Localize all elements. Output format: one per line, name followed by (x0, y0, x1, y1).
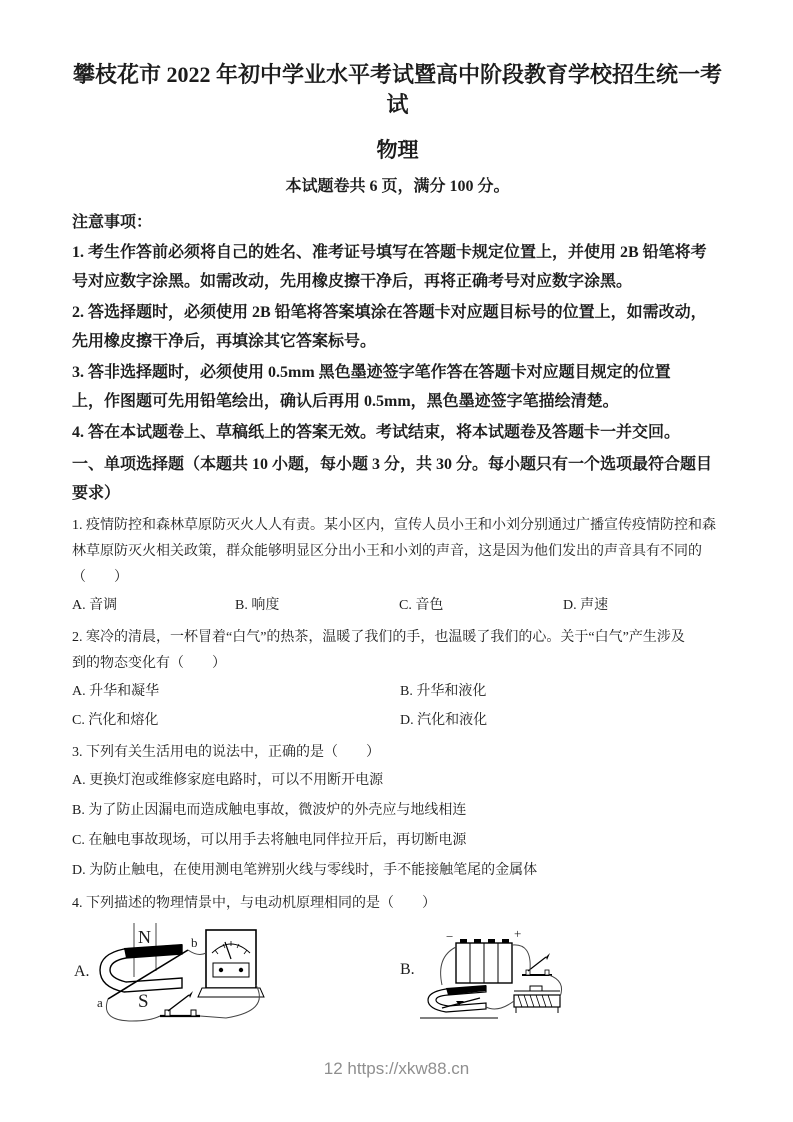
notice-line: 上，作图题可先用铅笔绘出，确认后再用 0.5mm，黑色墨迹签字笔描绘清楚。 (72, 387, 723, 416)
notice-item-3: 3. 答非选择题时，必须使用 0.5mm 黑色墨迹签字笔作答在答题卡对应题目规定… (72, 358, 723, 416)
battery-minus-label: − (446, 929, 453, 944)
question-text: 1. 疫情防控和森林草原防灭火人人有责。某小区内，宣传人员小王和小刘分别通过广播… (72, 513, 723, 539)
magnet-pole-n-label: N (138, 927, 151, 947)
notice-item-4: 4. 答在本试题卷上、草稿纸上的答案无效。考试结束，将本试题卷及答题卡一并交回。 (72, 418, 723, 447)
sliding-rheostat (514, 986, 560, 1013)
question-text: 3. 下列有关生活用电的说法中，正确的是（ ） (72, 740, 723, 766)
rod-end-b-label: b (191, 935, 198, 950)
question-1: 1. 疫情防控和森林草原防灭火人人有责。某小区内，宣传人员小王和小刘分别通过广播… (72, 513, 723, 620)
battery-plus-label: + (514, 929, 521, 941)
motor-experiment-figure: − + (418, 929, 588, 1031)
question-text: 到的物态变化有（ ） (72, 651, 723, 677)
knife-switch (522, 953, 552, 975)
page-content: 攀枝花市 2022 年初中学业水平考试暨高中阶段教育学校招生统一考试 物理 本试… (0, 0, 793, 1045)
notice-line: 2. 答选择题时，必须使用 2B 铅笔将答案填涂在答题卡对应题目标号的位置上，如… (72, 298, 723, 327)
option-c: C. 音色 (399, 591, 563, 620)
question-3: 3. 下列有关生活用电的说法中，正确的是（ ） A. 更换灯泡或维修家庭电路时，… (72, 740, 723, 886)
option-d: D. 汽化和液化 (400, 706, 723, 735)
question-4: 4. 下列描述的物理情景中，与电动机原理相同的是（ ） A. (72, 891, 723, 1045)
notice-line: 4. 答在本试题卷上、草稿纸上的答案无效。考试结束，将本试题卷及答题卡一并交回。 (72, 418, 723, 447)
option-b: B. 为了防止因漏电而造成触电事故，微波炉的外壳应与地线相连 (72, 796, 723, 826)
rod-end-a-label: a (97, 995, 103, 1010)
option-a: A. 音调 (72, 591, 235, 620)
knife-switch (160, 991, 200, 1016)
notice-line: 1. 考生作答前必须将自己的姓名、准考证号填写在答题卡规定位置上，并使用 2B … (72, 238, 723, 267)
question-2-options-row-1: A. 升华和凝华 B. 升华和液化 (72, 677, 723, 706)
question-text: 4. 下列描述的物理情景中，与电动机原理相同的是（ ） (72, 891, 723, 917)
horseshoe-magnet (420, 985, 498, 1018)
paper-info: 本试题卷共 6 页，满分 100 分。 (72, 175, 723, 199)
exam-paper-page: 攀枝花市 2022 年初中学业水平考试暨高中阶段教育学校招生统一考试 物理 本试… (0, 0, 793, 1122)
figure-b-label: B. (400, 961, 415, 979)
question-2-options-row-2: C. 汽化和熔化 D. 汽化和液化 (72, 706, 723, 735)
section-line: 要求） (72, 479, 723, 508)
question-text: 林草原防灭火相关政策，群众能够明显区分出小王和小刘的声音，这是因为他们发出的声音… (72, 539, 723, 565)
notice-line: 先用橡皮擦干净后，再填涂其它答案标号。 (72, 327, 723, 356)
page-footer-link[interactable]: 12 https://xkw88.cn (0, 1059, 793, 1079)
induction-experiment-figure: N S a b (94, 923, 342, 1033)
horseshoe-magnet (100, 944, 182, 992)
question-text: 2. 寒冷的清晨，一杯冒着“白气”的热茶，温暖了我们的手，也温暖了我们的心。关于… (72, 625, 723, 651)
notice-line: 3. 答非选择题时，必须使用 0.5mm 黑色墨迹签字笔作答在答题卡对应题目规定… (72, 358, 723, 387)
option-d: D. 为防止触电，在使用测电笔辨别火线与零线时，手不能接触笔尾的金属体 (72, 856, 723, 886)
answer-bracket: （ ） (72, 565, 723, 591)
exam-subject: 物理 (72, 136, 723, 164)
option-c: C. 在触电事故现场，可以用手去将触电同伴拉开后，再切断电源 (72, 826, 723, 856)
magnet-pole-s-label: S (138, 991, 149, 1012)
galvanometer (198, 930, 264, 997)
figure-a-label: A. (74, 963, 90, 981)
question-4-figures: A. (72, 923, 723, 1045)
section-line: 一、单项选择题（本题共 10 小题，每小题 3 分，共 30 分。每小题只有一个… (72, 450, 723, 479)
question-1-options: A. 音调 B. 响度 C. 音色 D. 声速 (72, 591, 723, 620)
question-2: 2. 寒冷的清晨，一杯冒着“白气”的热茶，温暖了我们的手，也温暖了我们的心。关于… (72, 625, 723, 735)
notice-item-1: 1. 考生作答前必须将自己的姓名、准考证号填写在答题卡规定位置上，并使用 2B … (72, 238, 723, 296)
battery-pack (456, 939, 512, 983)
option-c: C. 汽化和熔化 (72, 706, 400, 735)
option-b: B. 响度 (235, 591, 399, 620)
option-a: A. 更换灯泡或维修家庭电路时，可以不用断开电源 (72, 766, 723, 796)
option-a: A. 升华和凝华 (72, 677, 400, 706)
exam-title: 攀枝花市 2022 年初中学业水平考试暨高中阶段教育学校招生统一考试 (72, 60, 723, 120)
option-b: B. 升华和液化 (400, 677, 723, 706)
section-heading-choice: 一、单项选择题（本题共 10 小题，每小题 3 分，共 30 分。每小题只有一个… (72, 450, 723, 508)
notice-heading: 注意事项： (72, 210, 723, 236)
notice-item-2: 2. 答选择题时，必须使用 2B 铅笔将答案填涂在答题卡对应题目标号的位置上，如… (72, 298, 723, 356)
notice-line: 号对应数字涂黑。如需改动，先用橡皮擦干净后，再将正确考号对应数字涂黑。 (72, 267, 723, 296)
option-d: D. 声速 (563, 591, 723, 620)
